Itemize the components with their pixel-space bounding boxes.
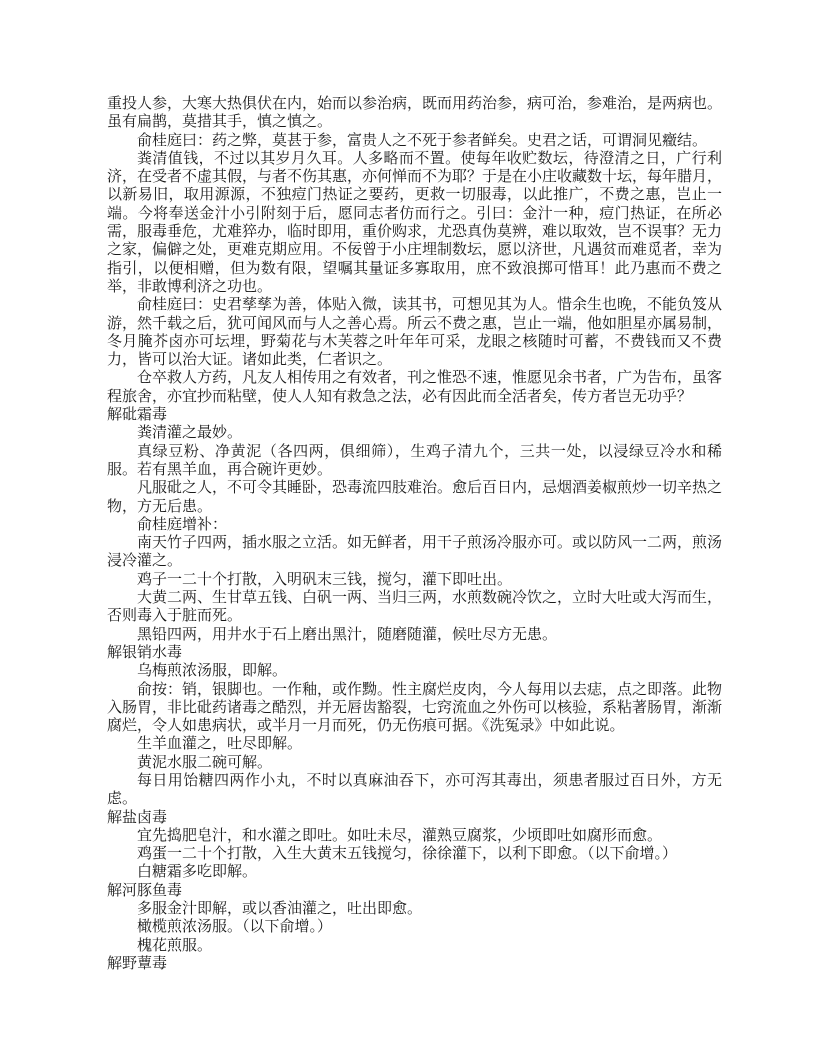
paragraph-black-lead-remedy: 黑铅四两，用井水于石上磨出黑汁，随磨随灌，候吐尽方无患。 xyxy=(107,626,722,644)
heading-wild-mushroom-antidote: 解野蕈毒 xyxy=(107,955,722,973)
paragraph-yellow-mud-water-remedy: 黄泥水服二碗可解。 xyxy=(107,754,722,772)
paragraph-fenqing-best: 粪清灌之最妙。 xyxy=(107,424,722,442)
heading-salt-brine-antidote: 解盐卤毒 xyxy=(107,809,722,827)
paragraph-sheep-blood-remedy: 生羊血灌之，吐尽即解。 xyxy=(107,735,722,753)
paragraph-smoked-plum-remedy: 乌梅煎浓汤服，即解。 xyxy=(107,662,722,680)
paragraph-white-sugar-remedy: 白糖霜多吃即解。 xyxy=(107,863,722,881)
paragraph-olive-decoction-remedy: 橄榄煎浓汤服。（以下俞增。） xyxy=(107,918,722,936)
paragraph-yu-guiting-praise: 俞桂庭曰：史君孳孳为善，体贴入微，读其书，可想见其为人。惜余生也晚，不能负笈从游… xyxy=(107,296,722,369)
document-page: 重投人参，大寒大热俱伏在内，始而以参治病，既而用药治参，病可治，参难治，是两病也… xyxy=(0,0,816,1056)
paragraph-malt-sugar-pills-remedy: 每日用饴糖四两作小丸，不时以真麻油吞下，亦可泻其毒出，须患者服过百日外，方无虑。 xyxy=(107,772,722,809)
paragraph-sophora-flower-remedy: 槐花煎服。 xyxy=(107,937,722,955)
paragraph-egg-alum-remedy: 鸡子一二十个打散，入明矾末三钱，搅匀，灌下即吐出。 xyxy=(107,571,722,589)
heading-arsenic-antidote: 解砒霜毒 xyxy=(107,406,722,424)
heading-silver-xiao-water-antidote: 解银销水毒 xyxy=(107,644,722,662)
heading-pufferfish-antidote: 解河豚鱼毒 xyxy=(107,882,722,900)
paragraph-nandina-remedy: 南天竹子四两，插水服之立活。如无鲜者，用干子煎汤冷服亦可。或以防风一二两，煎汤浸… xyxy=(107,534,722,571)
paragraph-yu-guiting-supplement: 俞桂庭增补： xyxy=(107,516,722,534)
paragraph-soap-juice-remedy: 宜先捣肥皂汁，和水灌之即吐。如吐未尽，灌熟豆腐浆，少顷即吐如腐形而愈。 xyxy=(107,827,722,845)
paragraph-continuation: 重投人参，大寒大热俱伏在内，始而以参治病，既而用药治参，病可治，参难治，是两病也… xyxy=(107,95,722,132)
paragraph-jinzhi-sesame-oil-remedy: 多服金汁即解，或以香油灌之，吐出即愈。 xyxy=(107,900,722,918)
paragraph-egg-rhubarb-remedy: 鸡蛋一二十个打散，入生大黄末五钱搅匀，徐徐灌下，以利下即愈。（以下俞增。） xyxy=(107,845,722,863)
paragraph-yu-note-on-xiao: 俞按：销，银脚也。一作釉，或作黝。性主腐烂皮肉，今人每用以去痣，点之即落。此物入… xyxy=(107,681,722,736)
paragraph-emergency-remedies-intro: 仓卒救人方药，凡友人相传用之有效者，刊之惟恐不速，惟愿见余书者，广为告布，虽客程… xyxy=(107,369,722,406)
paragraph-fenqing-value: 粪清值钱，不过以其岁月久耳。人多略而不置。使每年收贮数坛，待澄清之日，广行利济，… xyxy=(107,150,722,296)
paragraph-arsenic-care: 凡服砒之人，不可令其睡卧，恐毒流四肢难治。愈后百日内，忌烟酒姜椒煎炒一切辛热之物… xyxy=(107,479,722,516)
paragraph-yu-guiting-on-ginseng: 俞桂庭曰：药之弊，莫甚于参，富贵人之不死于参者鲜矣。史君之话，可谓洞见癥结。 xyxy=(107,132,722,150)
paragraph-rhubarb-decoction-remedy: 大黄二两、生甘草五钱、白矾一两、当归三两，水煎数碗冷饮之，立时大吐或大泻而生，否… xyxy=(107,589,722,626)
paragraph-mungbean-mud-remedy: 真绿豆粉、净黄泥（各四两，俱细筛），生鸡子清九个，三共一处，以浸绿豆冷水和稀服。… xyxy=(107,443,722,480)
